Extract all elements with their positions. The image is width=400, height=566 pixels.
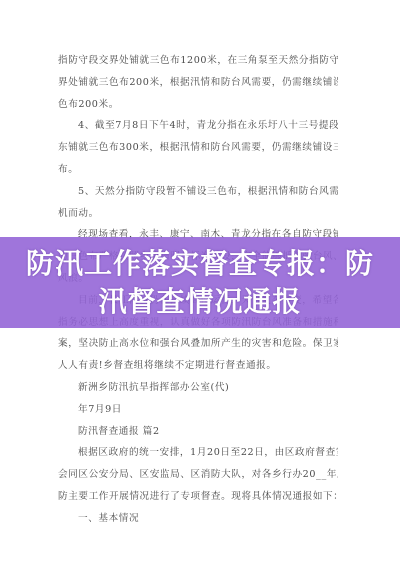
doc-line: 4、截至7月8日下午4时，青龙分指在永乐圩八十三号提段向 (58, 115, 338, 137)
doc-line: 案，坚决防止高水位和强台风叠加所产生的灾害和危险。保卫家园， (58, 333, 338, 355)
doc-line: 5、天然分指防守段暂不铺设三色布，根据汛情和防台风需要相 (58, 181, 338, 203)
doc-line: 布。 (58, 159, 338, 181)
doc-line: 机而动。 (58, 203, 338, 225)
document-page: 指防守段交界处铺就三色布1200米，在三角泵至天然分指防守段交 界处铺就三色布2… (0, 0, 400, 566)
doc-signature: 新洲乡防汛抗旱指挥部办公室(代) (58, 377, 338, 399)
banner-title-line-1: 防汛工作落实督查专报：防 (26, 245, 374, 283)
doc-line: 防主要工作开展情况进行了专项督查。现将具体情况通报如下： (58, 486, 338, 508)
doc-line: 会同区公安分局、区安监局、区消防大队，对各乡行办20__年度消 (58, 464, 338, 486)
doc-line: 根据区政府的统一安排，1月20日至22日，由区政府督查室 (58, 442, 338, 464)
banner-title-line-2: 汛督查情况通报 (98, 283, 301, 321)
doc-line: 色布200米。 (58, 94, 338, 116)
doc-line: 界处铺就三色布200米，根据汛情和防台风需要，仍需继续铺设三 (58, 72, 338, 94)
banner-title: 防汛工作落实督查专报：防 汛督查情况通报 (0, 237, 400, 328)
doc-line: 东铺就三色布300米，根据汛情和防台风需要，仍需继续铺设三色 (58, 137, 338, 159)
doc-line: 指防守段交界处铺就三色布1200米，在三角泵至天然分指防守段交 (58, 50, 338, 72)
doc-line: 人人有责!乡督查组将继续不定期进行督查通报。 (58, 355, 338, 377)
doc-section-title: 防汛督查通报 篇2 (58, 421, 338, 443)
doc-heading: 一、基本情况 (58, 508, 338, 530)
doc-date: 年7月9日 (58, 399, 338, 421)
